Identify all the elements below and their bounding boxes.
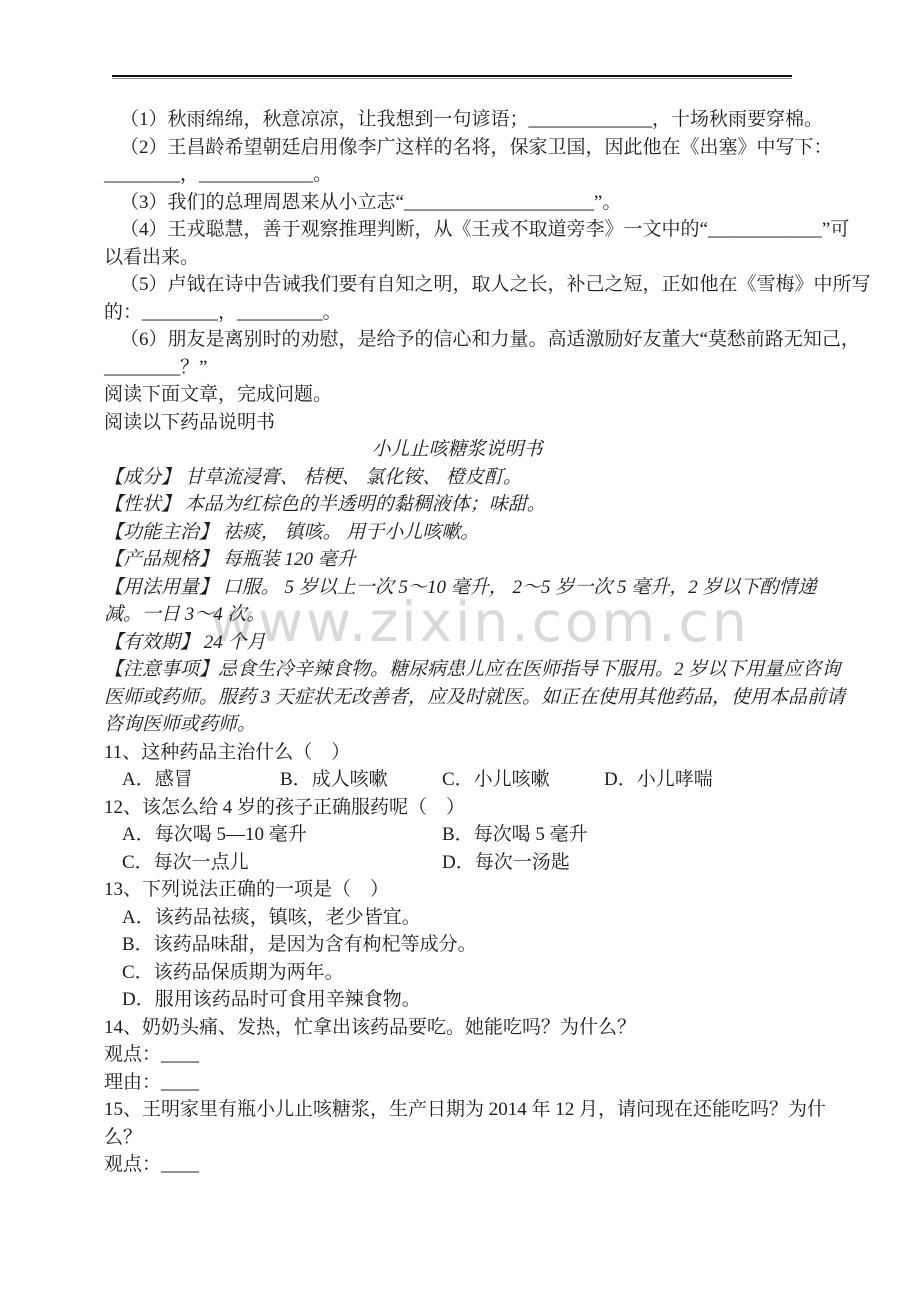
q13-option-a: A．该药品祛痰，镇咳，老少皆宜。 xyxy=(104,904,810,932)
fill-in-q5-line1: （5）卢钺在诗中告诫我们要有自知之明，取人之长，补己之短，正如他在《雪梅》中所写 xyxy=(104,271,810,299)
q12-option-d: D．每次一汤匙 xyxy=(442,849,570,877)
manual-title: 小儿止咳糖浆说明书 xyxy=(104,436,810,464)
q13-option-b: B．该药品味甜，是因为含有枸杞等成分。 xyxy=(104,931,810,959)
manual-line-validity: 【有效期】 24 个月 xyxy=(104,629,810,657)
manual-line-precautions-1: 【注意事项】忌食生冷辛辣食物。糖尿病患儿应在医师指导下服用。2 岁以下用量应咨询 xyxy=(104,656,810,684)
reading-intro-1: 阅读下面文章，完成问题。 xyxy=(104,381,810,409)
manual-line-dosage-2: 减。一日 3～4 次。 xyxy=(104,601,810,629)
fill-in-q6-line1: （6）朋友是离别时的劝慰，是给予的信心和力量。高适激励好友董大“莫愁前路无知己， xyxy=(104,326,810,354)
manual-line-dosage-1: 【用法用量】 口服。 5 岁以上一次 5～10 毫升， 2～5 岁一次 5 毫升… xyxy=(104,574,810,602)
q13-option-c: C．该药品保质期为两年。 xyxy=(104,959,810,987)
question-12-stem: 12、该怎么给 4 岁的孩子正确服药呢（ ） xyxy=(104,794,810,822)
question-15-stem-line1: 15、王明家里有瓶小儿止咳糖浆，生产日期为 2014 年 12 月，请问现在还能… xyxy=(104,1096,810,1124)
reading-intro-2: 阅读以下药品说明书 xyxy=(104,409,810,437)
manual-line-precautions-3: 咨询医师或药师。 xyxy=(104,711,810,739)
question-13-stem: 13、下列说法正确的一项是（ ） xyxy=(104,876,810,904)
question-11-stem: 11、这种药品主治什么（ ） xyxy=(104,739,810,767)
header-divider-rule xyxy=(112,75,792,79)
q11-option-b: B．成人咳嗽 xyxy=(280,766,442,794)
question-12-options-row-2: C．每次一点儿 D．每次一汤匙 xyxy=(104,849,810,877)
q11-option-a: A．感冒 xyxy=(122,766,280,794)
q11-option-d: D．小儿哮喘 xyxy=(604,766,713,794)
fill-in-q1: （1）秋雨绵绵，秋意凉凉，让我想到一句谚语；_____________，十场秋雨… xyxy=(104,106,810,134)
manual-line-spec: 【产品规格】 每瓶装 120 毫升 xyxy=(104,546,810,574)
exam-paper-page: www.zixin.com.cn （1）秋雨绵绵，秋意凉凉，让我想到一句谚语；_… xyxy=(0,0,920,1302)
manual-line-character: 【性状】 本品为红棕色的半透明的黏稠液体；味甜。 xyxy=(104,491,810,519)
manual-line-indications: 【功能主治】 祛痰， 镇咳。 用于小儿咳嗽。 xyxy=(104,519,810,547)
q12-option-b: B．每次喝 5 毫升 xyxy=(442,821,588,849)
question-11-options-row: A．感冒 B．成人咳嗽 C．小儿咳嗽 D．小儿哮喘 xyxy=(104,766,810,794)
fill-in-q4-line2: 以看出来。 xyxy=(104,244,810,272)
manual-line-precautions-2: 医师或药师。服药 3 天症状无改善者，应及时就医。如正在使用其他药品，使用本品前… xyxy=(104,684,810,712)
q13-option-d: D．服用该药品时可食用辛辣食物。 xyxy=(104,986,810,1014)
manual-line-ingredients: 【成分】 甘草流浸膏、 桔梗、 氯化铵、 橙皮酊。 xyxy=(104,464,810,492)
question-12-options-row-1: A．每次喝 5—10 毫升 B．每次喝 5 毫升 xyxy=(104,821,810,849)
fill-in-q2-line2-blanks: ________，____________。 xyxy=(104,161,810,189)
q12-option-c: C．每次一点儿 xyxy=(122,849,442,877)
document-content: （1）秋雨绵绵，秋意凉凉，让我想到一句谚语；_____________，十场秋雨… xyxy=(104,106,810,1179)
fill-in-q2-line1: （2）王昌龄希望朝廷启用像李广这样的名将，保家卫国，因此他在《出塞》中写下： xyxy=(104,134,810,162)
fill-in-q4-line1: （4）王戎聪慧，善于观察推理判断，从《王戎不取道旁李》一文中的“________… xyxy=(104,216,810,244)
q12-option-a: A．每次喝 5—10 毫升 xyxy=(122,821,442,849)
question-15-stem-line2: 么？ xyxy=(104,1124,810,1152)
fill-in-q5-line2-blanks: 的：________，_________。 xyxy=(104,299,810,327)
fill-in-q3: （3）我们的总理周恩来从小立志“____________________”。 xyxy=(104,189,810,217)
q11-option-c: C．小儿咳嗽 xyxy=(442,766,604,794)
q15-viewpoint-blank: 观点：____ xyxy=(104,1151,810,1179)
q14-reason-blank: 理由：____ xyxy=(104,1069,810,1097)
q14-viewpoint-blank: 观点：____ xyxy=(104,1041,810,1069)
question-14-stem: 14、奶奶头痛、发热，忙拿出该药品要吃。她能吃吗？为什么？ xyxy=(104,1014,810,1042)
fill-in-q6-line2-blank: ________？” xyxy=(104,354,810,382)
